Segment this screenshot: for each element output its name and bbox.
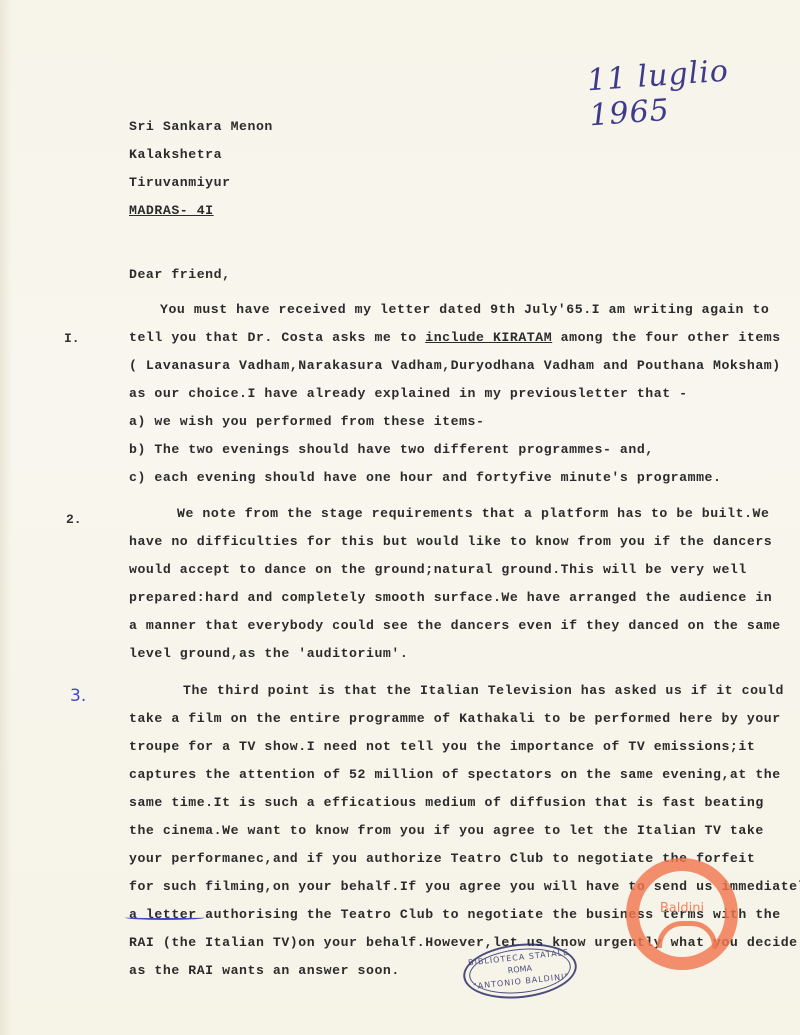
paragraph3-line: captures the attention of 52 million of …: [129, 767, 781, 783]
recipient-city: MADRAS- 4I: [129, 203, 214, 219]
paragraph1-line: as our choice.I have already explained i…: [129, 386, 688, 402]
paragraph2-line: would accept to dance on the ground;natu…: [129, 562, 747, 578]
paragraph1-line2-rest: among the four other items: [552, 330, 781, 345]
paragraph2-line: We note from the stage requirements that…: [177, 506, 769, 522]
paragraph1-line: tell you that Dr. Costa asks me to inclu…: [129, 330, 781, 346]
recipient-org: Kalakshetra: [129, 147, 222, 163]
list-item-b: b) The two evenings should have two diff…: [129, 442, 654, 458]
list-item-c: c) each evening should have one hour and…: [129, 470, 721, 486]
recipient-locality: Tiruvanmiyur: [129, 175, 231, 191]
paragraph3-line: The third point is that the Italian Tele…: [183, 683, 784, 699]
paragraph1-line: You must have received my letter dated 9…: [160, 302, 769, 318]
watermark-text: Baldini: [639, 901, 725, 916]
paragraph3-line: take a film on the entire programme of K…: [129, 711, 781, 727]
paragraph3-line: same time.It is such a efficatious mediu…: [129, 795, 764, 811]
baldini-watermark-logo: Baldini: [626, 858, 738, 970]
salutation: Dear friend,: [129, 267, 231, 283]
list-item-a: a) we wish you performed from these item…: [129, 414, 484, 430]
paragraph2-line: have no difficulties for this but would …: [129, 534, 772, 550]
point-number-2: 2.: [66, 512, 82, 527]
recipient-name: Sri Sankara Menon: [129, 119, 273, 135]
paragraph3-line: the cinema.We want to know from you if y…: [129, 823, 764, 839]
point-number-3-handwritten: 3.: [70, 686, 86, 706]
paragraph1-line: ( Lavanasura Vadham,Narakasura Vadham,Du…: [129, 358, 781, 374]
paragraph2-line: level ground,as the 'auditorium'.: [129, 646, 408, 662]
paragraph1-line2-start: tell you that Dr. Costa asks me to: [129, 330, 425, 345]
point-number-1: I.: [64, 331, 80, 346]
watermark-arch-icon: [657, 921, 717, 948]
paragraph3-line: as the RAI wants an answer soon.: [129, 963, 400, 979]
paragraph2-line: prepared:hard and completely smooth surf…: [129, 590, 772, 606]
paragraph2-line: a manner that everybody could see the da…: [129, 618, 781, 634]
handwritten-date: 11 luglio 1965: [586, 49, 800, 134]
letter-page: 11 luglio 1965 Sri Sankara Menon Kalaksh…: [0, 0, 800, 1035]
handwritten-underline-mark: [125, 915, 205, 920]
underlined-phrase: include KIRATAM: [425, 330, 552, 345]
paragraph3-line: troupe for a TV show.I need not tell you…: [129, 739, 755, 755]
